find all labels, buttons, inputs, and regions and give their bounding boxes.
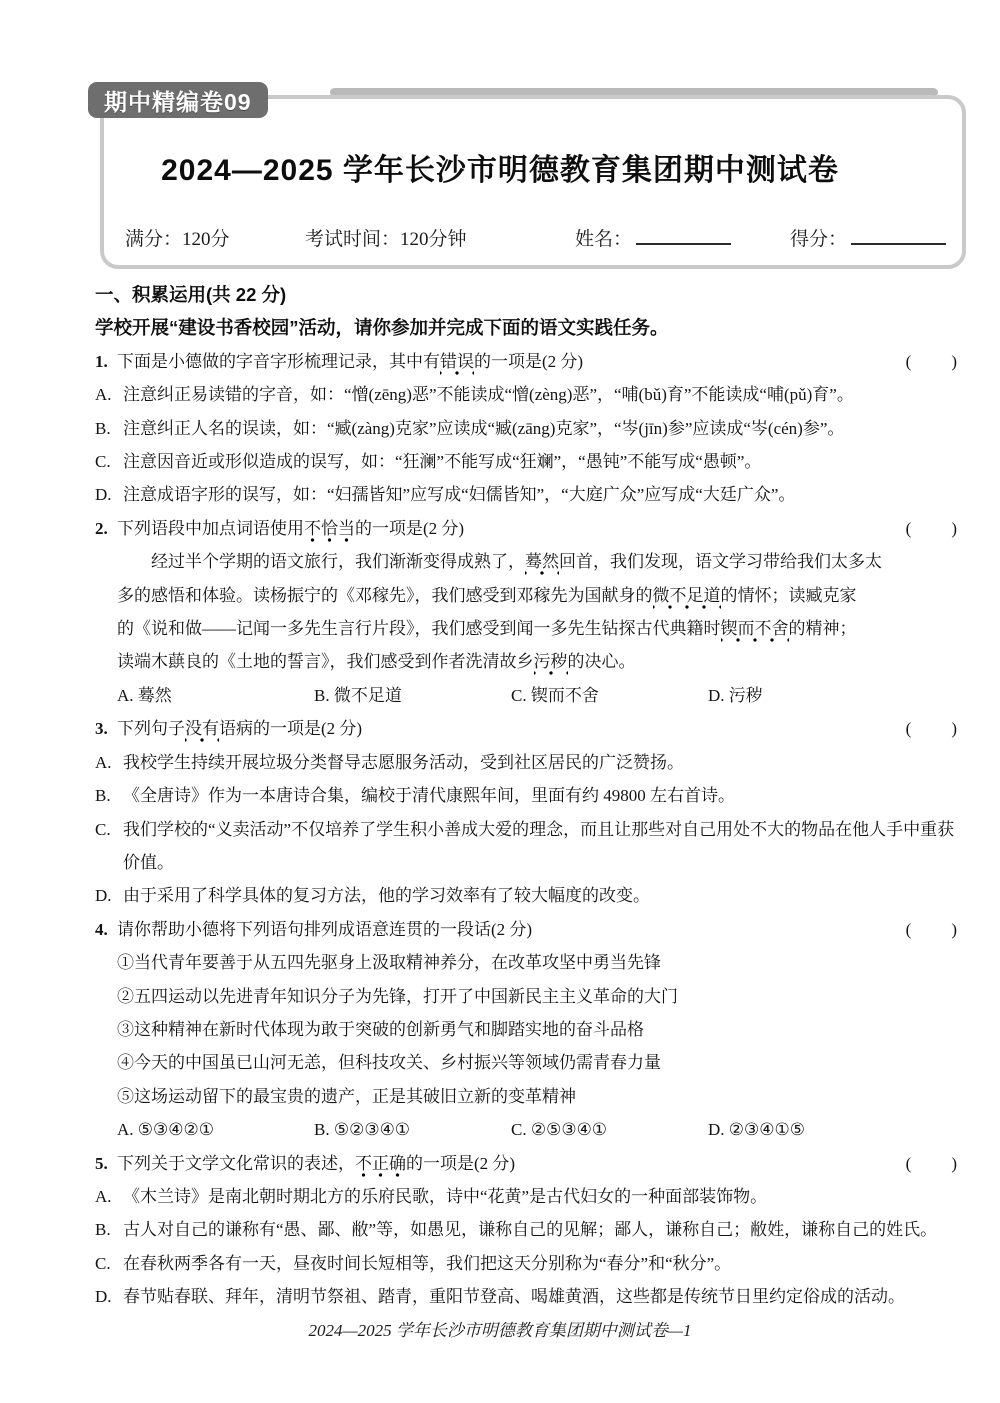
option-c: C.注意因音近或形似造成的误写，如：“狂澜”不能写成“狂斓”，“愚钝”不能写成“… — [95, 445, 965, 478]
question-passage: 经过半个学期的语文旅行，我们渐渐变得成熟了，蓦然回首，我们发现，语文学习带给我们… — [95, 545, 965, 679]
volume-badge-label: 期中精编卷09 — [104, 84, 252, 117]
question-5: 5. 下列关于文学文化常识的表述，不正确的一项是(2 分) ( ) A.《木兰诗… — [95, 1147, 965, 1314]
option-a: A.我校学生持续开展垃圾分类督导志愿服务活动，受到社区居民的广泛赞扬。 — [95, 746, 965, 779]
sentence-item-4: ④今天的中国虽已山河无恙，但科技攻关、乡村振兴等领域仍需青春力量 — [117, 1046, 965, 1079]
exam-header: 期中精编卷09 2024—2025 学年长沙市明德教育集团期中测试卷 满分：12… — [0, 0, 1000, 280]
paper-title: 2024—2025 学年长沙市明德教育集团期中测试卷 — [0, 145, 1000, 189]
question-stem: 下列关于文学文化常识的表述，不正确的一项是(2 分) — [117, 1147, 906, 1180]
sentence-item-1: ①当代青年要善于从五四先驱身上汲取精神养分，在改革攻坚中勇当先锋 — [117, 946, 965, 979]
question-number: 1. — [95, 345, 117, 378]
option-a: A.注意纠正易读错的字音，如：“憎(zēng)恶”不能读成“憎(zèng)恶”，… — [95, 378, 965, 411]
question-number: 4. — [95, 913, 117, 946]
option-a: A.《木兰诗》是南北朝时期北方的乐府民歌，诗中“花黄”是古代妇女的一种面部装饰物… — [95, 1180, 965, 1213]
section-heading: 一、积累运用(共 22 分) — [95, 278, 965, 311]
question-stem: 下列句子没有语病的一项是(2 分) — [117, 712, 906, 745]
option-c: C. 锲而不舍 — [511, 679, 708, 712]
option-d: D.注意成语字形的误写，如：“妇孺皆知”应写成“妇儒皆知”，“大庭广众”应写成“… — [95, 478, 965, 511]
option-b: B. ⑤②③④① — [314, 1113, 511, 1146]
score-field: 得分： — [790, 224, 946, 251]
question-2: 2. 下列语段中加点词语使用不恰当的一项是(2 分) ( ) 经过半个学期的语文… — [95, 512, 965, 712]
option-d: D. ②③④①⑤ — [708, 1113, 905, 1146]
answer-bracket: ( ) — [906, 712, 965, 745]
option-b: B.注意纠正人名的误读，如：“臧(zàng)克家”应读成“臧(zāng)克家”，… — [95, 412, 965, 445]
options-row: A. ⑤③④②① B. ⑤②③④① C. ②⑤③④① D. ②③④①⑤ — [95, 1113, 965, 1146]
volume-badge: 期中精编卷09 — [88, 82, 268, 118]
option-b: B. 微不足道 — [314, 679, 511, 712]
question-number: 2. — [95, 512, 117, 545]
option-a: A. ⑤③④②① — [117, 1113, 314, 1146]
exam-time-label: 考试时间：120分钟 — [305, 224, 467, 251]
option-b: B.古人对自己的谦称有“愚、鄙、敝”等，如愚见，谦称自己的见解；鄙人，谦称自己；… — [95, 1213, 965, 1246]
full-score-label: 满分：120分 — [125, 224, 230, 251]
option-d: D.春节贴春联、拜年，清明节祭祖、踏青，重阳节登高、喝雄黄酒，这些都是传统节日里… — [95, 1280, 965, 1313]
option-a: A. 蓦然 — [117, 679, 314, 712]
sentence-items: ①当代青年要善于从五四先驱身上汲取精神养分，在改革攻坚中勇当先锋 ②五四运动以先… — [95, 946, 965, 1113]
options-row: A. 蓦然 B. 微不足道 C. 锲而不舍 D. 污秽 — [95, 679, 965, 712]
name-label: 姓名： — [575, 229, 632, 250]
score-label: 得分： — [790, 229, 847, 250]
question-3: 3. 下列句子没有语病的一项是(2 分) ( ) A.我校学生持续开展垃圾分类督… — [95, 712, 965, 912]
option-b: B.《全唐诗》作为一本唐诗合集，编校于清代康熙年间，里面有约 49800 左右首… — [95, 779, 965, 812]
exam-info-row: 满分：120分 考试时间：120分钟 姓名： 得分： — [100, 224, 958, 254]
sentence-item-5: ⑤这场运动留下的最宝贵的遗产，正是其破旧立新的变革精神 — [117, 1080, 965, 1113]
section-intro: 学校开展“建设书香校园”活动，请你参加并完成下面的语文实践任务。 — [95, 311, 965, 344]
sentence-item-3: ③这种精神在新时代体现为敢于突破的创新勇气和脚踏实地的奋斗品格 — [117, 1013, 965, 1046]
option-c: C.在春秋两季各有一天，昼夜时间长短相等，我们把这天分别称为“春分”和“秋分”。 — [95, 1247, 965, 1280]
question-1: 1. 下面是小德做的字音字形梳理记录，其中有错误的一项是(2 分) ( ) A.… — [95, 345, 965, 512]
option-d: D.由于采用了科学具体的复习方法，他的学习效率有了较大幅度的改变。 — [95, 879, 965, 912]
option-d: D. 污秽 — [708, 679, 905, 712]
answer-bracket: ( ) — [906, 512, 965, 545]
question-stem: 请你帮助小德将下列语句排列成语意连贯的一段话(2 分) — [117, 913, 906, 946]
option-c: C. ②⑤③④① — [511, 1113, 708, 1146]
question-number: 5. — [95, 1147, 117, 1180]
question-4: 4. 请你帮助小德将下列语句排列成语意连贯的一段话(2 分) ( ) ①当代青年… — [95, 913, 965, 1147]
question-stem: 下面是小德做的字音字形梳理记录，其中有错误的一项是(2 分) — [117, 345, 906, 378]
question-number: 3. — [95, 712, 117, 745]
option-c: C.我们学校的“义卖活动”不仅培养了学生积小善成大爱的理念，而且让那些对自己用处… — [95, 813, 965, 880]
page-footer: 2024—2025 学年长沙市明德教育集团期中测试卷—1 — [0, 1316, 1000, 1341]
answer-bracket: ( ) — [906, 1147, 965, 1180]
exam-body: 一、积累运用(共 22 分) 学校开展“建设书香校园”活动，请你参加并完成下面的… — [95, 278, 965, 1314]
name-blank-line — [636, 225, 731, 245]
answer-bracket: ( ) — [906, 913, 965, 946]
answer-bracket: ( ) — [906, 345, 965, 378]
name-field: 姓名： — [575, 224, 731, 251]
score-blank-line — [851, 225, 946, 245]
sentence-item-2: ②五四运动以先进青年知识分子为先锋，打开了中国新民主主义革命的大门 — [117, 980, 965, 1013]
question-stem: 下列语段中加点词语使用不恰当的一项是(2 分) — [117, 512, 906, 545]
